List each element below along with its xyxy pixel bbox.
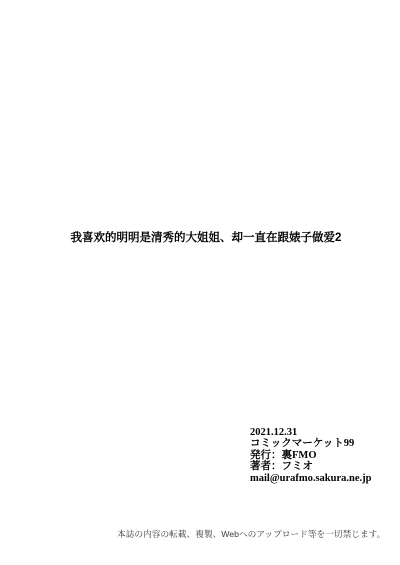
copyright-notice: 本誌の内容の転載、複製、Webへのアップロード等を一切禁じます。 <box>117 528 385 540</box>
contact-email: mail@urafmo.sakura.ne.jp <box>250 473 371 484</box>
publication-date: 2021.12.31 <box>250 427 371 438</box>
colophon-page: 我喜欢的明明是清秀的大姐姐、却一直在跟婊子做爱2 2021.12.31 コミック… <box>0 0 400 565</box>
book-title: 我喜欢的明明是清秀的大姐姐、却一直在跟婊子做爱2 <box>12 229 400 245</box>
author-line: 著者：フミオ <box>250 461 371 472</box>
publisher-line: 発行：裏FMO <box>250 450 371 461</box>
publication-info-block: 2021.12.31 コミックマーケット99 発行：裏FMO 著者：フミオ ma… <box>250 427 371 484</box>
event-name: コミックマーケット99 <box>250 438 371 449</box>
